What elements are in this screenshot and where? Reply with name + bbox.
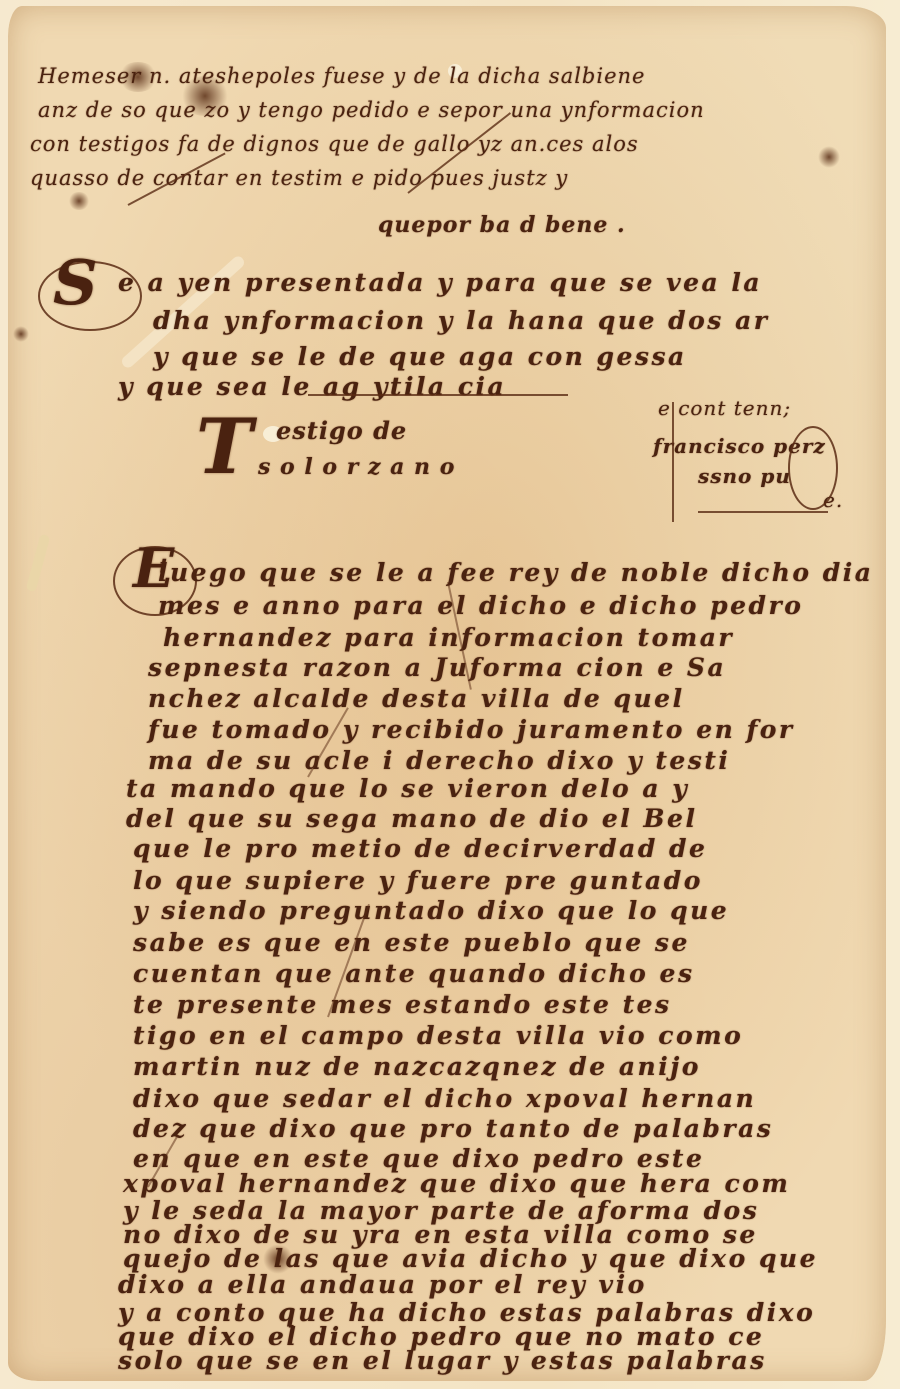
ink-blot — [13, 326, 29, 342]
decree-initial: S — [53, 246, 98, 319]
signature-stem — [672, 402, 674, 522]
header-line: quepor ba d bene . — [378, 212, 626, 238]
decree-line: y que se le de que aga con gessa — [153, 342, 687, 371]
caption-line: s o l o r z a n o — [258, 454, 455, 480]
testimony-line: lo que supiere y fuere pre guntado — [133, 866, 703, 895]
testimony-line: del que su sega mano de dio el Bel — [126, 804, 697, 833]
testimony-line: te presente mes estando este tes — [133, 990, 672, 1019]
testimony-line: dixo que sedar el dicho xpoval hernan — [133, 1084, 756, 1113]
testimony-line: martin nuz de nazcazqnez de anijo — [133, 1052, 701, 1081]
decree-line: e a yen presentada y para que se vea la — [118, 268, 762, 297]
paper-tear-left — [26, 534, 51, 593]
testimony-line: tigo en el campo desta villa vio como — [133, 1021, 743, 1050]
underline — [308, 394, 568, 396]
header-line: anz de so que zo y tengo pedido e sepor … — [38, 98, 705, 122]
ink-blot — [818, 146, 840, 168]
header-line: quasso de contar en testim e pido pues j… — [30, 166, 568, 190]
testimony-line: sabe es que en este pueblo que se — [133, 928, 690, 957]
ink-blot — [68, 192, 90, 210]
testimony-line: dixo a ella andaua por el rey vio — [118, 1270, 647, 1299]
testimony-line: solo que se en el lugar y estas palabras — [118, 1346, 767, 1375]
testimony-line: que le pro metio de decirverdad de — [133, 834, 707, 863]
testimony-line: hernandez para informacion tomar — [163, 623, 734, 652]
caption-line: estigo de — [276, 416, 407, 445]
testimony-line: xpoval hernandez que dixo que hera com — [123, 1169, 790, 1198]
header-line: Hemeser n. ateshepoles fuese y de la dic… — [38, 64, 645, 88]
testimony-line: luego que se le a fee rey de noble dicho… — [158, 558, 873, 587]
testimony-line: quejo de las que avia dicho y que dixo q… — [123, 1244, 818, 1273]
testimony-line: nchez alcalde desta villa de quel — [148, 684, 685, 713]
signature-paraph — [788, 426, 838, 510]
signature-underline — [698, 511, 828, 513]
decree-line: y que sea le ag ytila cia — [118, 372, 506, 401]
testimony-line: cuentan que ante quando dicho es — [133, 959, 695, 988]
testimony-line: y siendo preguntado dixo que lo que — [133, 896, 729, 925]
testimony-line: sepnesta razon a Juforma cion e Sa — [148, 653, 726, 682]
decree-line: dha ynformacion y la hana que dos ar — [153, 306, 769, 335]
testimony-line: fue tomado y recibido juramento en for — [148, 715, 795, 744]
testimony-line: ma de su acle i derecho dixo y testi — [148, 746, 730, 775]
signature-title: ssno pu — [698, 464, 791, 488]
signature-line: e cont tenn; — [658, 396, 791, 420]
testimony-line: mes e anno para el dicho e dicho pedro — [158, 591, 803, 620]
header-line: con testigos fa de dignos que de gallo y… — [30, 132, 639, 156]
manuscript-page: Hemeser n. ateshepoles fuese y de la dic… — [8, 6, 886, 1381]
testimony-line: dez que dixo que pro tanto de palabras — [133, 1114, 773, 1143]
caption-initial: T — [196, 402, 253, 491]
testimony-line: ta mando que lo se vieron delo a y — [126, 774, 689, 803]
